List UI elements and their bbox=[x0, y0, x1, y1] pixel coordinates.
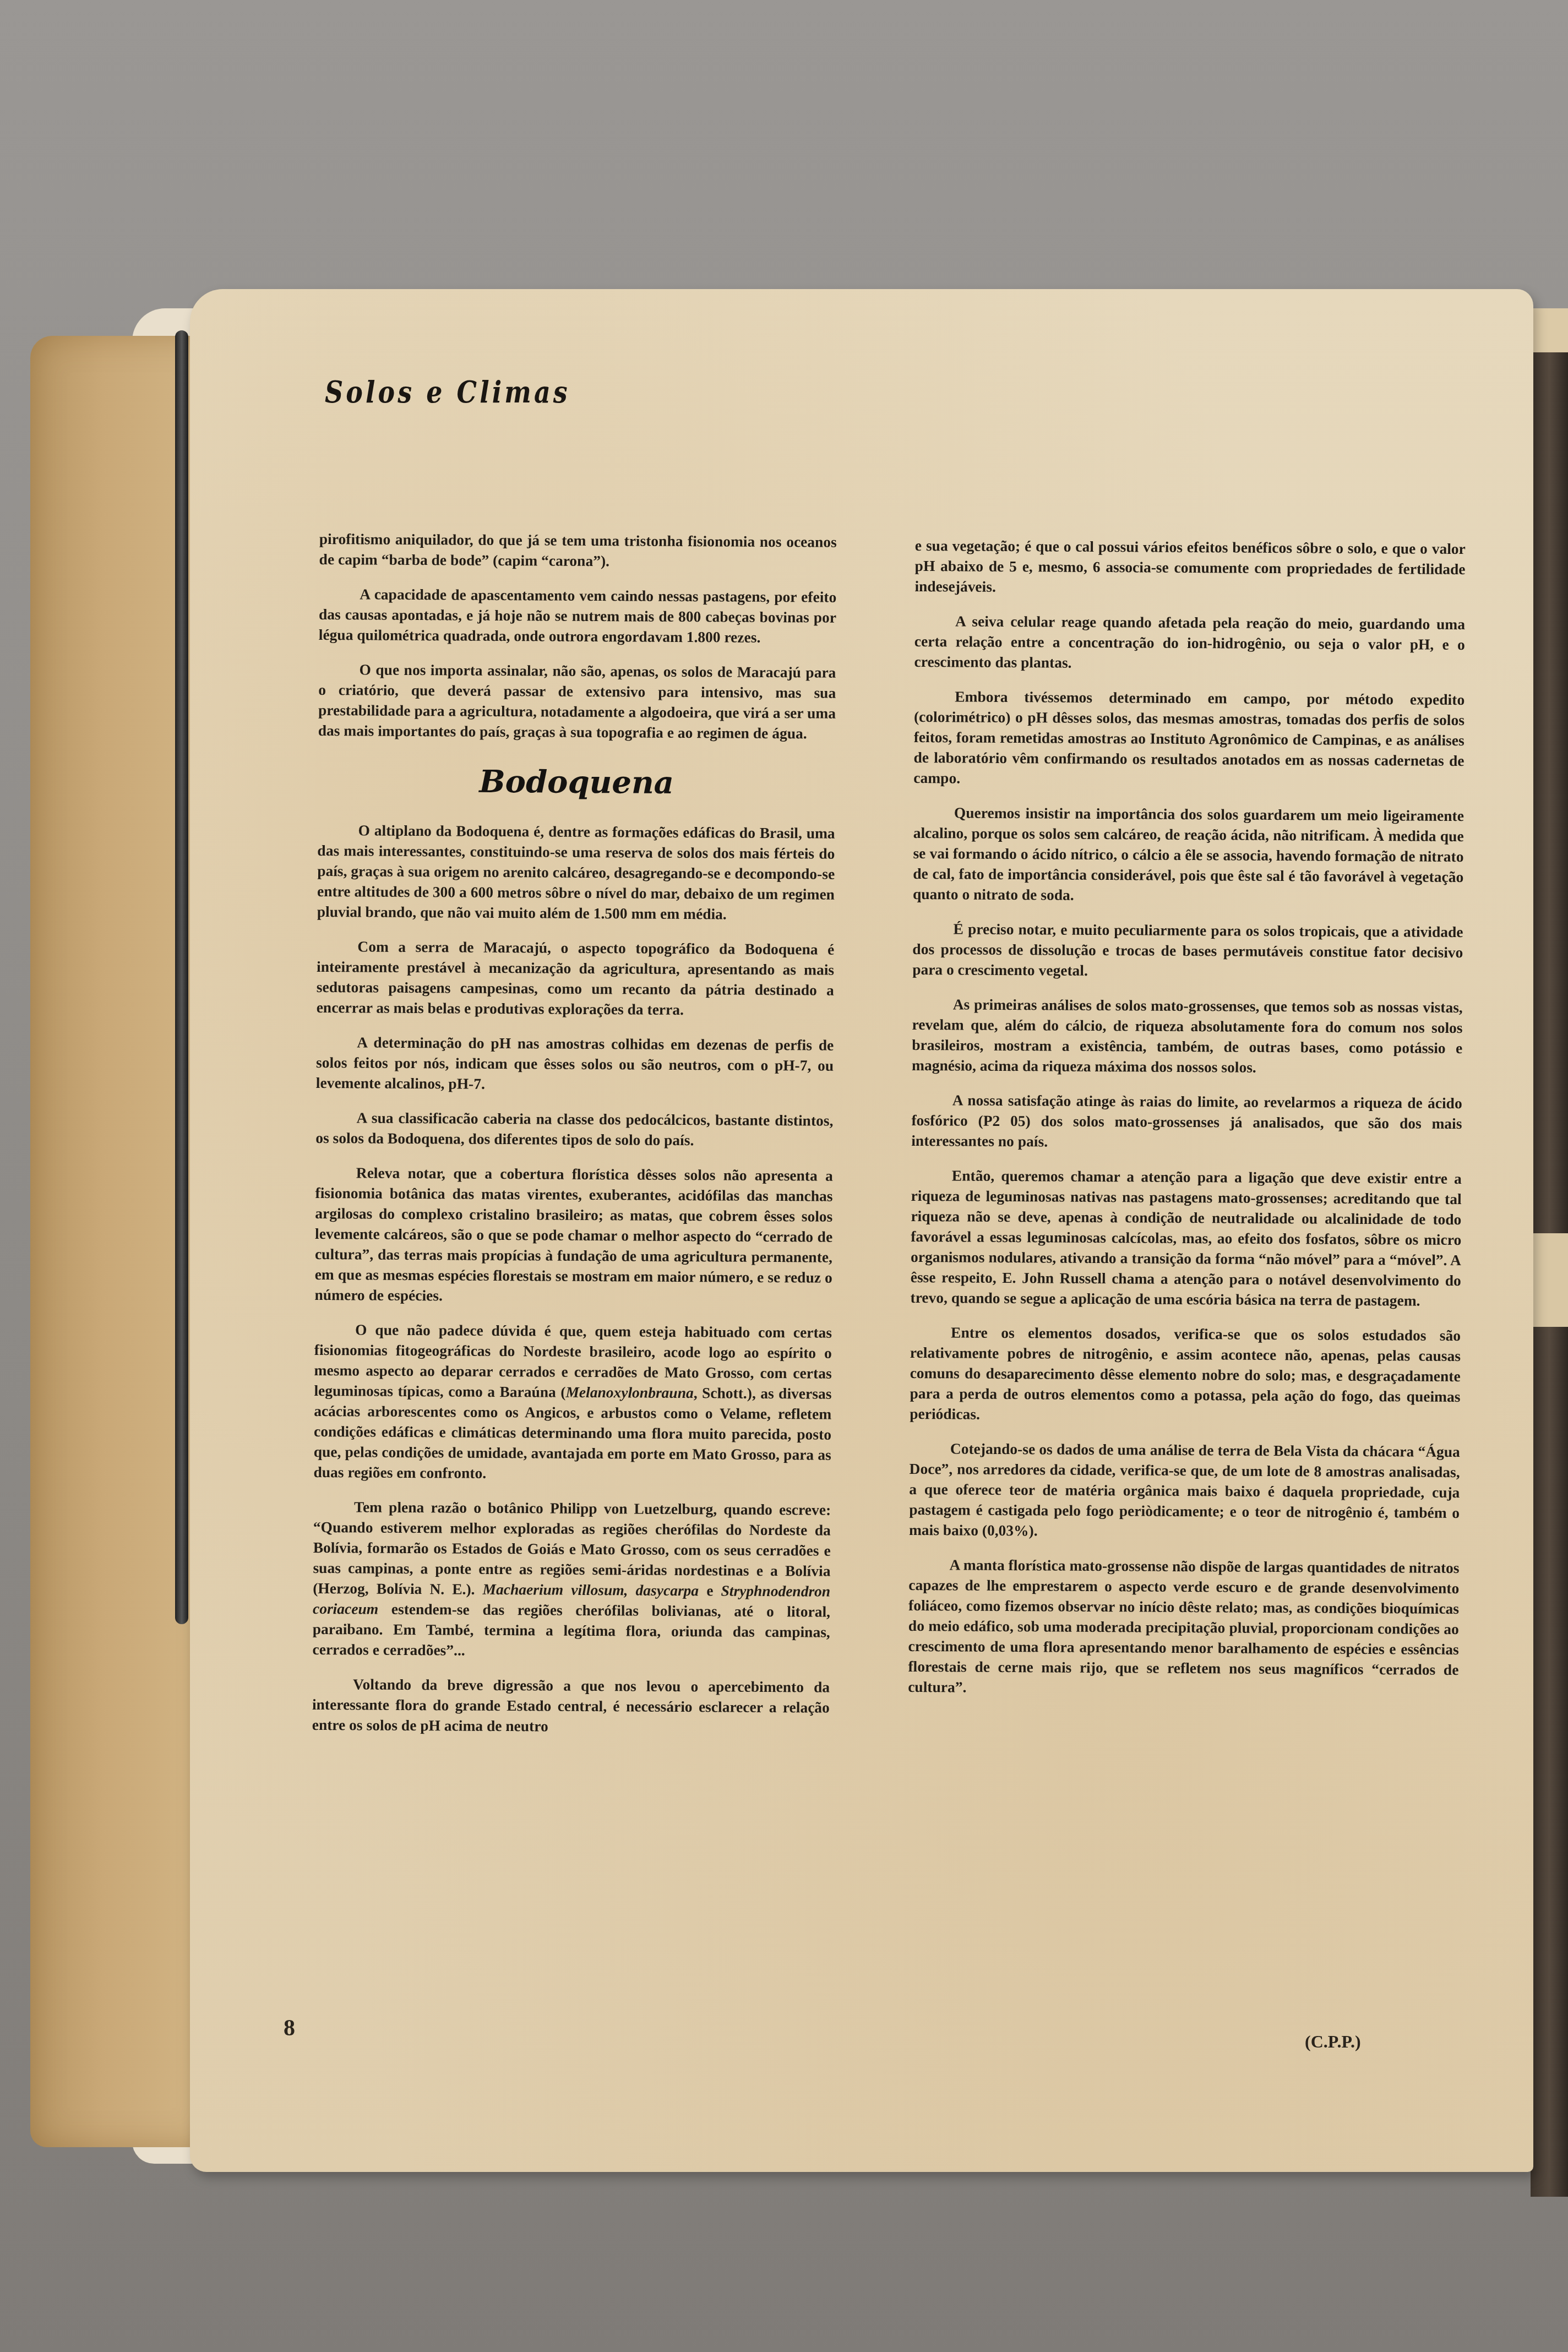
right-column: e sua vegetação; é que o cal possui vári… bbox=[908, 535, 1466, 1714]
text-run: estendem-se das regiões cherófilas boliv… bbox=[312, 1600, 830, 1659]
paragraph: Cotejando-se os dados de uma análise de … bbox=[909, 1438, 1460, 1543]
paragraph: Embora tivéssemos determinado em campo, … bbox=[913, 686, 1464, 791]
paragraph: pirofitismo aniquilador, do que já se te… bbox=[319, 529, 837, 573]
paragraph: A capacidade de apascentamento vem caind… bbox=[319, 584, 837, 648]
paragraph: A sua classificacão caberia na classe do… bbox=[315, 1107, 833, 1151]
paragraph: A nossa satisfação atinge às raias do li… bbox=[911, 1090, 1462, 1154]
left-column: pirofitismo aniquilador, do que já se te… bbox=[312, 529, 837, 1752]
adjacent-page-gap bbox=[1531, 1233, 1568, 1327]
paragraph: O que não padece dúvida é que, quem este… bbox=[313, 1319, 832, 1485]
paragraph: O que nos importa assinalar, não são, ap… bbox=[318, 659, 836, 744]
section-heading: Bodoquena bbox=[318, 761, 835, 803]
paragraph: A manta florística mato-grossense não di… bbox=[908, 1554, 1460, 1700]
species-name: Machaerium villosum, dasycarpa bbox=[483, 1581, 699, 1599]
paragraph: Releva notar, que a cobertura florística… bbox=[314, 1162, 833, 1308]
spine-shadow bbox=[175, 330, 188, 1624]
paragraph: Com a serra de Maracajú, o aspecto topog… bbox=[317, 936, 835, 1021]
paragraph: Voltando da breve digressão a que nos le… bbox=[312, 1674, 830, 1738]
paragraph: O altiplano da Bodoquena é, dentre as fo… bbox=[317, 820, 835, 925]
species-name: Melanoxylonbrauna bbox=[565, 1384, 693, 1401]
text-run: e bbox=[699, 1582, 721, 1599]
author-signature: (C.P.P.) bbox=[1305, 2032, 1361, 2052]
paragraph: e sua vegetação; é que o cal possui vári… bbox=[914, 535, 1466, 600]
page-number: 8 bbox=[284, 2015, 295, 2041]
paragraph: É preciso notar, e muito peculiarmente p… bbox=[912, 918, 1463, 983]
paragraph: Tem plena razão o botânico Philipp von L… bbox=[312, 1496, 831, 1663]
paragraph: As primeiras análises de solos mato-gros… bbox=[912, 994, 1463, 1079]
running-head: Solos e Climas bbox=[325, 374, 570, 410]
paragraph: A determinação do pH nas amostras colhid… bbox=[316, 1032, 834, 1096]
adjacent-page-edge bbox=[1531, 308, 1568, 352]
paragraph: Entre os elementos dosados, verifica-se … bbox=[910, 1322, 1461, 1427]
paragraph: A seiva celular reage quando afetada pel… bbox=[914, 611, 1465, 675]
paragraph: Então, queremos chamar a atenção para a … bbox=[910, 1165, 1462, 1311]
paragraph: Queremos insistir na importância dos sol… bbox=[913, 802, 1464, 907]
